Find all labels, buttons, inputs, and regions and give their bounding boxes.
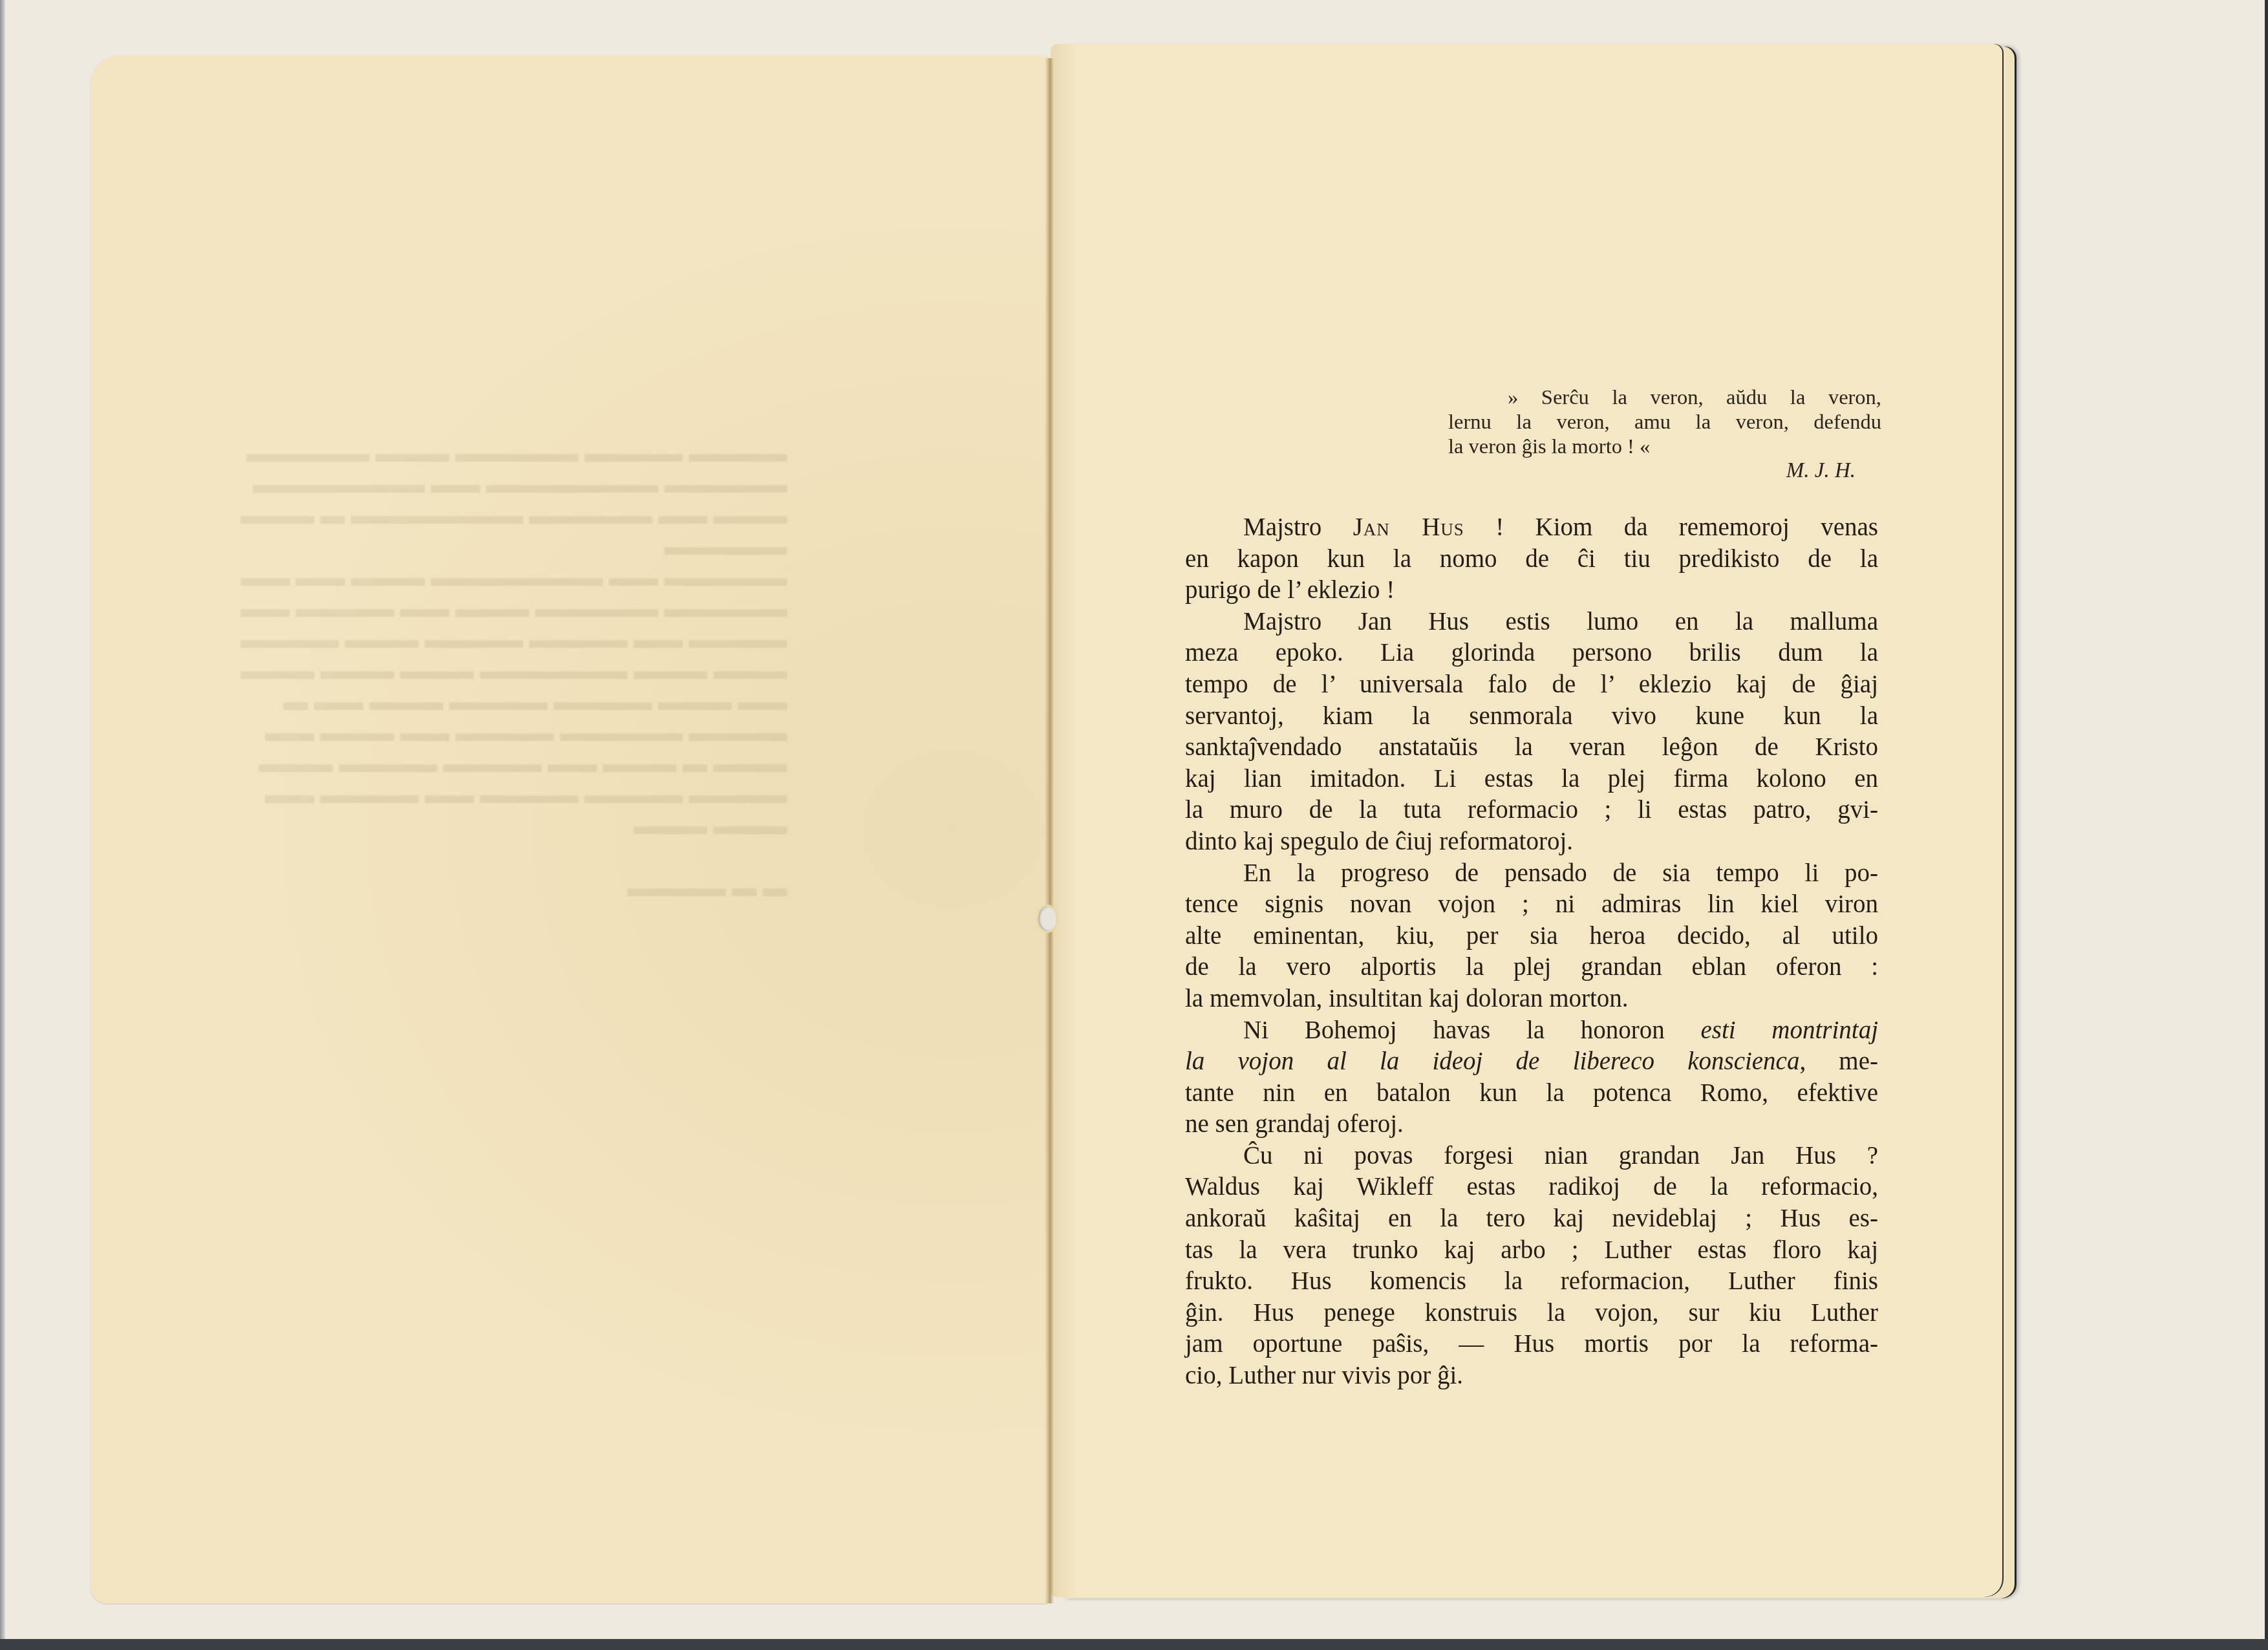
paragraph: Majstro Jan Hus ! Kiom da rememoroj vena… [1185,512,1878,606]
text-segment: tante nin en batalon kun la potenca Romo… [1185,1079,1878,1107]
text-segment: frukto. Hus komencis la reformacion, Lut… [1185,1267,1878,1295]
text-line: Majstro Jan Hus estis lumo en la malluma [1185,606,1878,638]
text-segment: esti montrintaj [1700,1016,1878,1044]
text-segment: En la progreso de pensado de sia tempo l… [1243,859,1878,887]
epigraph-line: lernu la veron, amu la veron, defendu [1448,410,1881,434]
text-line: Ĉu ni povas forgesi nian grandan Jan Hus… [1185,1141,1878,1172]
text-line: ankoraŭ kaŝitaj en la tero kaj nevidebla… [1185,1203,1878,1235]
text-segment: Ni Bohemoj havas la honoron [1243,1016,1700,1044]
text-line: de la vero alportis la plej grandan ebla… [1185,952,1878,983]
text-line: en kapon kun la nomo de ĉi tiu predikist… [1185,544,1878,575]
book-gutter [1045,58,1054,1603]
text-segment: tempo de l’ universala falo de l’ eklezi… [1185,670,1878,698]
text-segment: la vojon al la ideoj de libereco konscie… [1185,1047,1799,1075]
text-segment: Waldus kaj Wikleff estas radikoj de la r… [1185,1173,1878,1201]
text-line: Waldus kaj Wikleff estas radikoj de la r… [1185,1172,1878,1203]
binding-hole [1038,906,1056,931]
text-line: Ni Bohemoj havas la honoron esti montrin… [1185,1015,1878,1047]
epigraph-line: » Serĉu la veron, aŭdu la veron, [1448,385,1881,410]
text-line: ĝin. Hus penege konstruis la vojon, sur … [1185,1298,1878,1329]
text-line: tante nin en batalon kun la potenca Romo… [1185,1078,1878,1109]
body-text: Majstro Jan Hus ! Kiom da rememoroj vena… [1185,512,1878,1392]
epigraph-line: la veron ĝis la morto ! « [1448,434,1881,459]
text-segment: meza epoko. Lia glorinda persono brilis … [1185,639,1878,667]
text-segment: ankoraŭ kaŝitaj en la tero kaj nevidebla… [1185,1205,1878,1232]
paragraph: Ĉu ni povas forgesi nian grandan Jan Hus… [1185,1141,1878,1392]
text-line: la vojon al la ideoj de libereco konscie… [1185,1046,1878,1078]
text-line: kaj lian imitadon. Li estas la plej firm… [1185,764,1878,795]
text-segment: Ĉu ni povas forgesi nian grandan Jan Hus… [1243,1142,1878,1170]
text-line: jam oportune paŝis, — Hus mortis por la … [1185,1329,1878,1360]
text-segment: kaj lian imitadon. Li estas la plej firm… [1185,765,1878,793]
text-line: purigo de l’ eklezio ! [1185,575,1878,606]
text-segment: tas la vera trunko kaj arbo ; Luther est… [1185,1236,1878,1264]
text-segment: cio, Luther nur vivis por ĝi. [1185,1362,1463,1389]
text-segment: en kapon kun la nomo de ĉi tiu predikist… [1185,545,1878,573]
text-line: tas la vera trunko kaj arbo ; Luther est… [1185,1235,1878,1267]
text-segment: Majstro Jan Hus estis lumo en la malluma [1243,608,1878,636]
epigraph: » Serĉu la veron, aŭdu la veron, lernu l… [1448,385,1881,459]
scanner-edge-right [2265,0,2268,1650]
bleed-through-left: ▬▬▬▬ ▬▬▬▬ ▬▬▬▬▬ ▬▬▬ ▬▬▬▬▬ ▬▬▬▬▬ ▬▬▬▬▬▬▬ … [241,438,787,904]
text-line: tence signis novan vojon ; ni admiras li… [1185,889,1878,921]
text-segment: la memvolan, insultitan kaj doloran mort… [1185,985,1629,1012]
scanner-edge-bottom [0,1639,2268,1650]
text-line: frukto. Hus komencis la reformacion, Lut… [1185,1266,1878,1298]
text-segment: la muro de la tuta reformacio ; li estas… [1185,796,1878,824]
text-line: dinto kaj spegulo de ĉiuj reformatoroj. [1185,826,1878,858]
text-line: cio, Luther nur vivis por ĝi. [1185,1360,1878,1392]
text-segment: de la vero alportis la plej grandan ebla… [1185,953,1878,981]
text-segment: alte eminentan, kiu, per sia heroa decid… [1185,922,1878,950]
text-line: alte eminentan, kiu, per sia heroa decid… [1185,921,1878,952]
text-line: Majstro Jan Hus ! Kiom da rememoroj vena… [1185,512,1878,544]
text-segment: ! Kiom da rememoroj venas [1464,513,1878,541]
text-segment: Jan Hus [1353,513,1464,541]
text-line: la memvolan, insultitan kaj doloran mort… [1185,983,1878,1015]
scanner-edge-left [0,0,5,1650]
paragraph: En la progreso de pensado de sia tempo l… [1185,858,1878,1015]
text-line: ne sen grandaj oferoj. [1185,1109,1878,1141]
text-line: tempo de l’ universala falo de l’ eklezi… [1185,669,1878,701]
text-segment: purigo de l’ eklezio ! [1185,576,1395,604]
text-line: servantoj, kiam la senmorala vivo kune k… [1185,701,1878,733]
paragraph: Majstro Jan Hus estis lumo en la malluma… [1185,606,1878,858]
text-segment: jam oportune paŝis, — Hus mortis por la … [1185,1330,1878,1358]
text-segment: sanktaĵvendado anstataŭis la veran leĝon… [1185,733,1878,761]
text-segment: tence signis novan vojon ; ni admiras li… [1185,890,1878,918]
text-segment: ne sen grandaj oferoj. [1185,1110,1404,1138]
text-line: sanktaĵvendado anstataŭis la veran leĝon… [1185,732,1878,764]
text-line: la muro de la tuta reformacio ; li estas… [1185,795,1878,826]
paragraph: Ni Bohemoj havas la honoron esti montrin… [1185,1015,1878,1141]
text-segment: Majstro [1243,513,1353,541]
text-segment: dinto kaj spegulo de ĉiuj reformatoroj. [1185,828,1573,855]
text-line: meza epoko. Lia glorinda persono brilis … [1185,637,1878,669]
epigraph-attribution: M. J. H. [1746,459,1856,483]
text-segment: servantoj, kiam la senmorala vivo kune k… [1185,702,1878,730]
text-segment: , me- [1799,1047,1878,1075]
text-segment: ĝin. Hus penege konstruis la vojon, sur … [1185,1299,1878,1327]
text-line: En la progreso de pensado de sia tempo l… [1185,858,1878,890]
